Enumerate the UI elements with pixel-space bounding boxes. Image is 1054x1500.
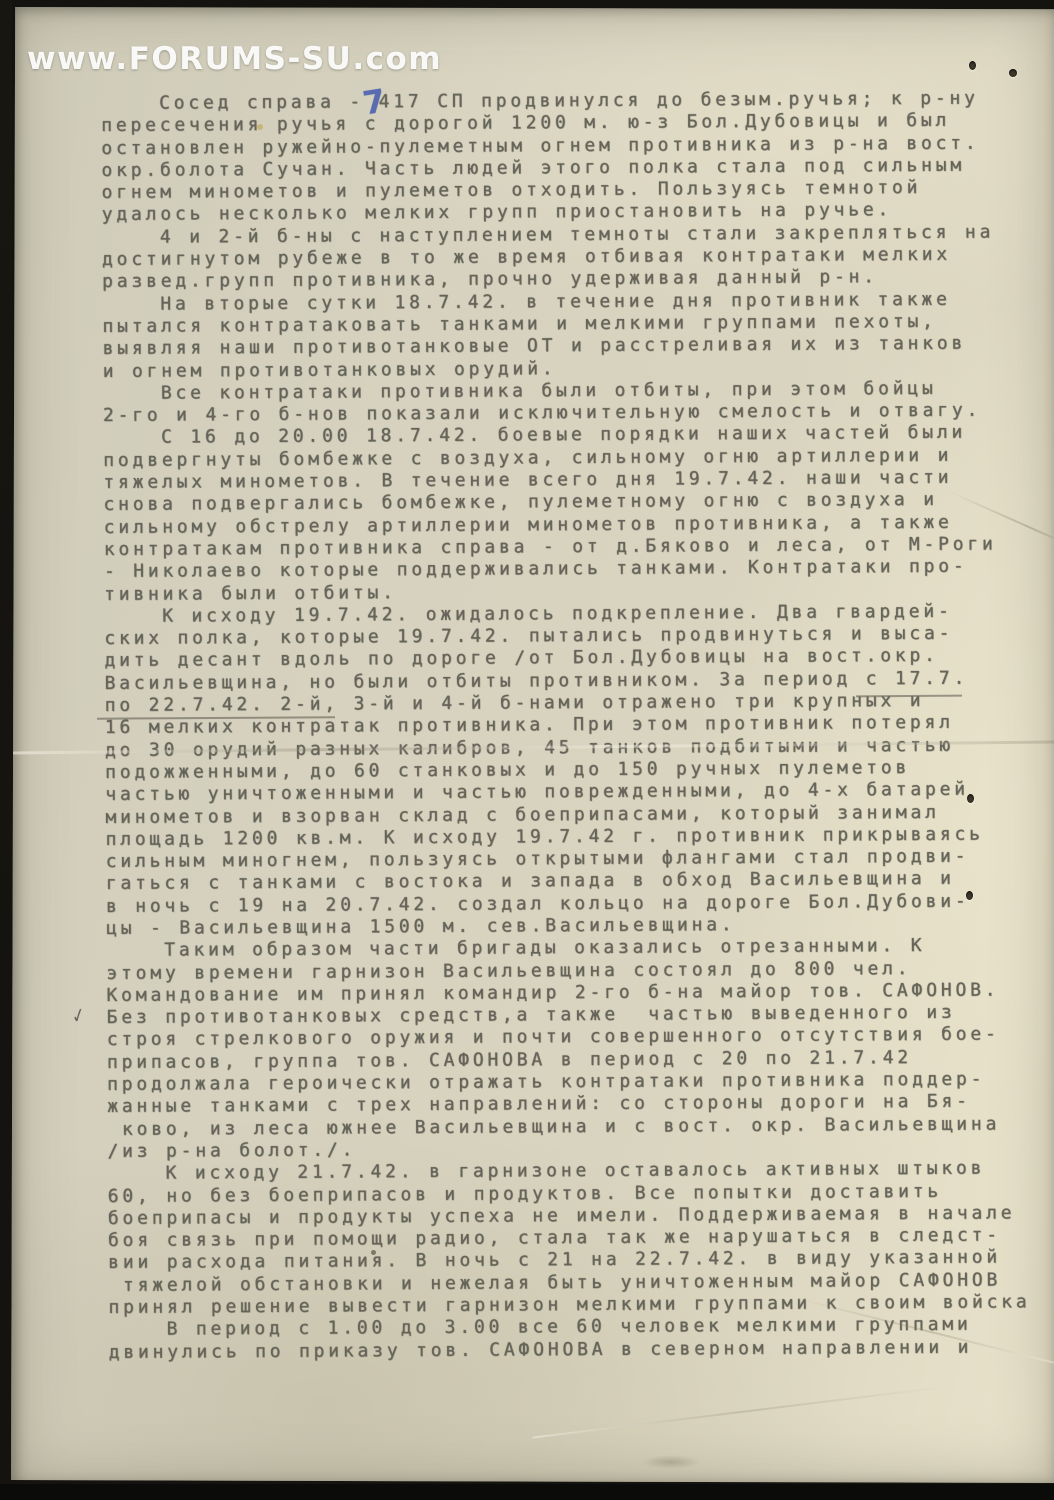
punch-hole xyxy=(967,794,974,803)
punch-hole xyxy=(966,891,973,900)
scan-bottom-edge xyxy=(0,1484,1054,1500)
handwritten-correction: 7 xyxy=(360,81,388,122)
watermark-text: www.FORUMS-SU.com xyxy=(27,41,442,77)
paper-sheet: www.FORUMS-SU.com Сосед справа - 417 СП … xyxy=(11,7,1054,1483)
punch-hole xyxy=(1009,69,1017,77)
paper-stain xyxy=(371,1250,376,1255)
scanned-document-page: www.FORUMS-SU.com Сосед справа - 417 СП … xyxy=(0,0,1054,1500)
typed-text: Сосед справа - 417 СП продвинулся до без… xyxy=(101,87,1029,1364)
paper-stain xyxy=(257,124,263,130)
paper-stain xyxy=(641,1455,701,1469)
scan-left-edge xyxy=(0,0,12,1050)
margin-checkmark: ✓ xyxy=(70,1000,87,1030)
paper-crease xyxy=(532,1385,949,1438)
text-line: двинулись по приказу тов. САФОНОВА в сев… xyxy=(109,1336,1029,1364)
punch-hole xyxy=(969,61,976,70)
